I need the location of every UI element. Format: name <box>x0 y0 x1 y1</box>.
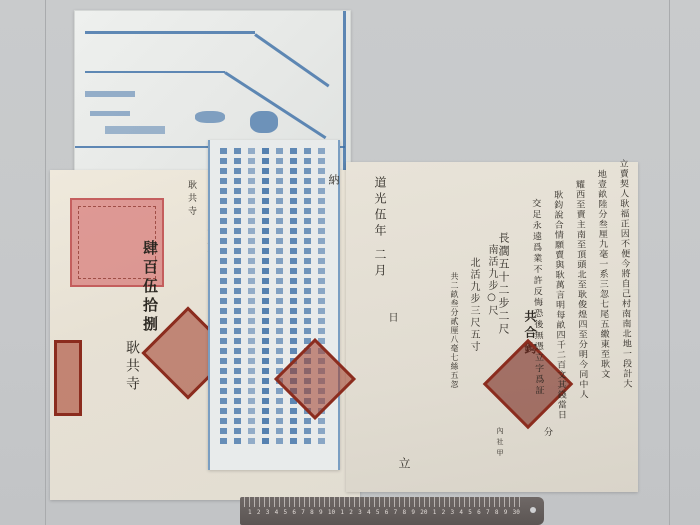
body-column: 耿鈞說合情願賣與耿萬言明每畝四千二百文其錢當日 <box>552 190 565 420</box>
ruler-number: 30 <box>513 509 520 516</box>
ruler-number: 5 <box>468 509 472 516</box>
ruler-number: 6 <box>385 509 389 516</box>
ruler-number: 7 <box>486 509 490 516</box>
ruler-number: 2 <box>442 509 446 516</box>
ruler-number: 2 <box>257 509 261 516</box>
ruler-number: 8 <box>310 509 314 516</box>
ruler-number: 6 <box>477 509 481 516</box>
date-text: 道光伍年 二月 <box>374 176 386 280</box>
ruler-number: 3 <box>266 509 270 516</box>
stamp-mark: 納 <box>328 174 339 189</box>
metal-ruler: 123456789101234567892012345678930 <box>240 497 544 525</box>
handwritten-name-top: 耿共寺 <box>186 180 195 219</box>
ruler-number: 9 <box>504 509 508 516</box>
body-column: 交足永遠爲業不許反悔恐後無憑立字爲証 <box>530 198 542 396</box>
measurement-4: 共二畝叁分貳厘八毫七絲五忽 <box>450 272 458 389</box>
li-mark: 立 <box>398 457 410 473</box>
ruler-number: 6 <box>292 509 296 516</box>
ruler-number: 9 <box>319 509 323 516</box>
day-mark: 日 <box>386 312 396 326</box>
handwritten-name: 耿共寺 <box>125 340 139 394</box>
ruler-number: 3 <box>450 509 454 516</box>
background-tile-seam <box>669 0 670 525</box>
ruler-number: 8 <box>495 509 499 516</box>
ruler-number: 3 <box>358 509 362 516</box>
ruler-number: 2 <box>349 509 353 516</box>
left-edge-seal <box>54 340 82 416</box>
ruler-number: 7 <box>394 509 398 516</box>
ruler-numbers: 123456789101234567892012345678930 <box>248 509 520 516</box>
ruler-number: 1 <box>340 509 344 516</box>
ruler-number: 8 <box>402 509 406 516</box>
ruler-number: 5 <box>284 509 288 516</box>
body-column: 地壹畝陸分叁厘九毫一系三忽七尾五繳東至耿文 <box>596 169 609 379</box>
ruler-number: 20 <box>420 509 427 516</box>
ruler-number: 9 <box>411 509 415 516</box>
printed-deed-form <box>208 140 340 470</box>
body-column: 耀西至賣主南至頂頭北至耿俊煌四至分明今同中人 <box>574 180 587 400</box>
right-contract-body: 立賣契人耿福正因不便今將自己村南南北地一段計大 地壹畝陸分叁厘九毫一系三忽七尾五… <box>467 148 647 451</box>
handwritten-amount: 肆百伍拾捌 <box>142 240 157 335</box>
ruler-number: 1 <box>248 509 252 516</box>
ruler-number: 5 <box>376 509 380 516</box>
ruler-number: 7 <box>301 509 305 516</box>
ruler-ticks <box>244 497 524 507</box>
ruler-number: 10 <box>328 509 335 516</box>
body-column: 立賣契人耿福正因不便今將自己村南南北地一段計大 <box>618 159 631 389</box>
ruler-number: 4 <box>367 509 371 516</box>
ruler-hang-hole <box>530 507 536 513</box>
background-tile-seam <box>45 0 46 525</box>
ruler-number: 4 <box>459 509 463 516</box>
ruler-number: 1 <box>433 509 437 516</box>
ruler-number: 4 <box>275 509 279 516</box>
